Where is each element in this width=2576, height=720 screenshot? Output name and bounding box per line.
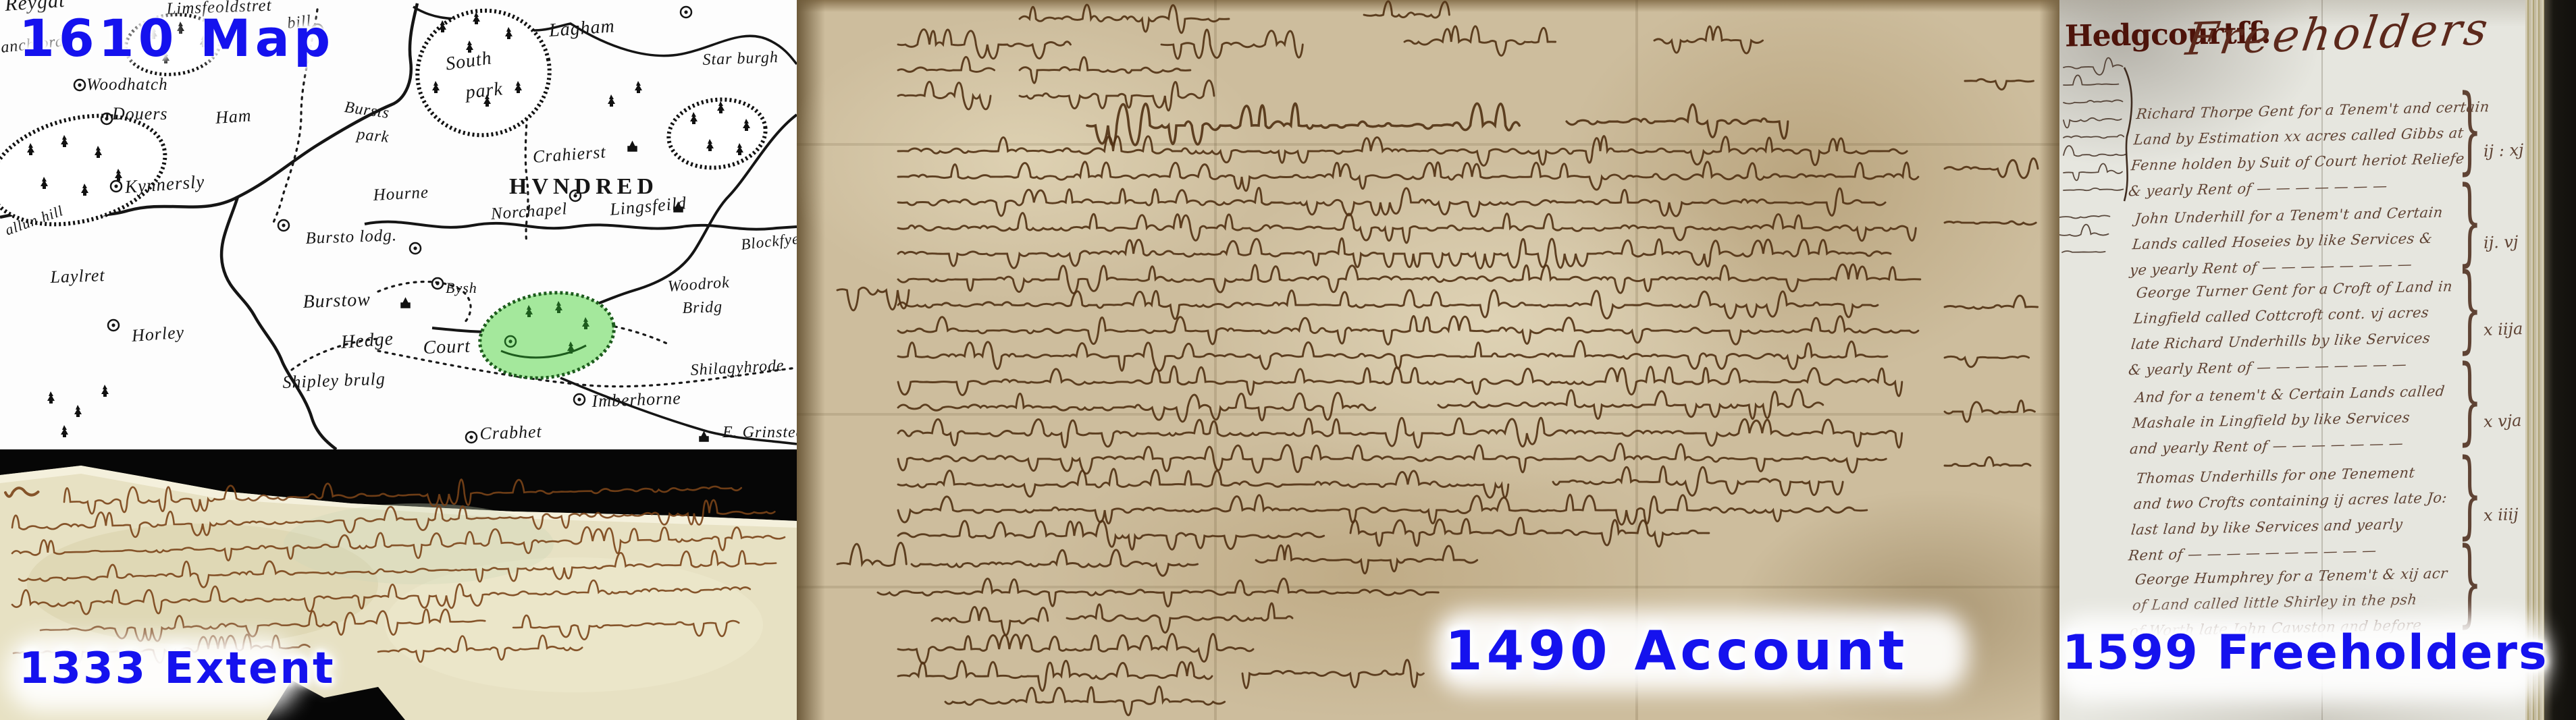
script-line (1404, 26, 1556, 56)
freeholder-entry-4: And for a tenem't & Certain Lands called… (2128, 378, 2473, 462)
script-line (898, 265, 1920, 294)
script-line (2064, 145, 2126, 157)
map-place-crabhet: Crabhet (479, 422, 542, 444)
script-line (1067, 603, 1292, 633)
script-line (1945, 401, 2034, 422)
freeholder-entry-3: George Turner Gent for a Croft of Land i… (2127, 273, 2475, 383)
freeholder-entry-5: Thomas Underhills for one Tenementand tw… (2127, 459, 2475, 569)
map-place-burstow: Burstow (303, 289, 371, 312)
freeholders-1599-photo: Hedgcourtſſ: Freeholders Richard Thorpe … (2059, 0, 2576, 720)
script-line (2064, 163, 2122, 181)
script-line (2064, 74, 2119, 85)
map-rivers (0, 3, 797, 449)
extent-1333-photo: 1333 Extent (0, 449, 797, 720)
script-line (898, 393, 1375, 422)
script-line (2062, 250, 2105, 253)
freeholder-entry-1: Richard Thorpe Gent for a Tenem't and ce… (2127, 94, 2475, 204)
caption-1490-account: 1490 Account (1445, 619, 1908, 682)
map-place-park: park (356, 126, 390, 147)
script-line (1945, 457, 2030, 466)
script-line (1945, 296, 2038, 309)
map-place-hvndred: HVNDRED (509, 174, 658, 200)
script-line (898, 443, 1886, 474)
script-line (898, 418, 1902, 447)
map-place-e-grinsted: E. Grinsted (722, 424, 797, 442)
script-line (1364, 1, 1449, 18)
script-line (2064, 188, 2123, 191)
marginal-notes-script (2059, 57, 2126, 252)
script-line (898, 521, 1324, 550)
script-line (898, 316, 1918, 344)
script-line (898, 136, 1907, 166)
script-line (898, 57, 995, 72)
script-line (2059, 224, 2109, 236)
script-line (878, 578, 1438, 606)
script-line (932, 607, 1048, 635)
script-line (1020, 80, 1214, 111)
script-line (898, 213, 1916, 243)
script-line (2064, 100, 2123, 104)
script-line (898, 188, 1885, 217)
entry-amount: x vja (2483, 411, 2522, 431)
script-line (898, 469, 1508, 498)
script-line (2064, 135, 2124, 139)
map-place-woodhatch: Woodhatch (86, 76, 168, 94)
map-place-imberhorne: Imberhorne (592, 388, 681, 412)
map-hedgecourt-highlight (474, 283, 621, 387)
script-line (1256, 545, 1477, 574)
script-line (1350, 518, 1709, 547)
account-script-lines (837, 1, 2038, 715)
script-line (1654, 26, 1763, 53)
script-line (1965, 79, 2034, 89)
caption-1610-map: 1610 Map (19, 8, 334, 68)
entry-amount: x iija (2483, 319, 2523, 339)
map-place-bursto-lodg: Bursto lodg. (305, 226, 398, 248)
map-place-park: park (465, 78, 504, 104)
script-line (2059, 215, 2109, 219)
script-line (898, 634, 1253, 663)
map-place-hedge: Hedge (340, 329, 394, 354)
entry-amount: ij. vj (2483, 232, 2519, 252)
script-line (1242, 660, 1423, 688)
book-gutter (2544, 0, 2576, 720)
caption-1599-freeholders: 1599 Freeholders (2062, 625, 2548, 680)
script-line (1945, 221, 2036, 225)
script-line (2064, 57, 2123, 76)
script-line (1161, 30, 1303, 59)
script-line (1945, 159, 2038, 178)
caption-1333-extent: 1333 Extent (19, 644, 336, 694)
map-place-bysh: Bysh (446, 279, 477, 297)
map-place-bridg: Bridg (682, 298, 723, 318)
map-place-hourne: Hourne (373, 184, 429, 205)
script-line (1567, 105, 1788, 139)
script-line (2064, 117, 2122, 128)
script-line (898, 30, 1071, 59)
map-place-star-burgh: Star burgh (702, 49, 779, 70)
entry-amount: x iiij (2483, 505, 2519, 525)
book-page-edges (2525, 0, 2546, 720)
map-place-lagham: Lagham (548, 16, 616, 42)
script-line (1945, 356, 2029, 367)
script-line (898, 290, 1878, 319)
script-line (837, 543, 906, 565)
script-line (912, 550, 1198, 576)
script-line (837, 287, 909, 310)
account-1490-photo: 1490 Account (797, 0, 2059, 720)
script-line (898, 238, 1891, 269)
map-place-horley: Horley (131, 323, 185, 346)
script-line (1020, 57, 1190, 83)
archive-collage: ReygatLimsfeoldstretbillWoodhatchDouersH… (0, 0, 2576, 720)
map-place-shipley-brulg: Shipley brulg (282, 369, 386, 393)
script-line (898, 495, 1867, 524)
script-line (945, 686, 1225, 715)
entry-amount: ij : xj (2483, 140, 2524, 161)
map-place-douers: Douers (112, 104, 168, 124)
script-line (1020, 5, 1229, 33)
script-line (1553, 466, 1843, 495)
script-line (1087, 103, 1519, 145)
script-line (898, 162, 1918, 191)
map-place-laylret: Laylret (50, 265, 105, 287)
script-line (898, 82, 991, 109)
script-line (898, 366, 1902, 396)
script-line (898, 341, 1887, 370)
map-place-court: Court (423, 336, 471, 359)
freeholder-entry-2: John Underhill for a Tenem't and Certain… (2128, 199, 2473, 283)
map-place-ham: Ham (215, 105, 253, 128)
map-1610-photo: ReygatLimsfeoldstretbillWoodhatchDouersH… (0, 0, 797, 449)
script-line (898, 661, 1212, 691)
